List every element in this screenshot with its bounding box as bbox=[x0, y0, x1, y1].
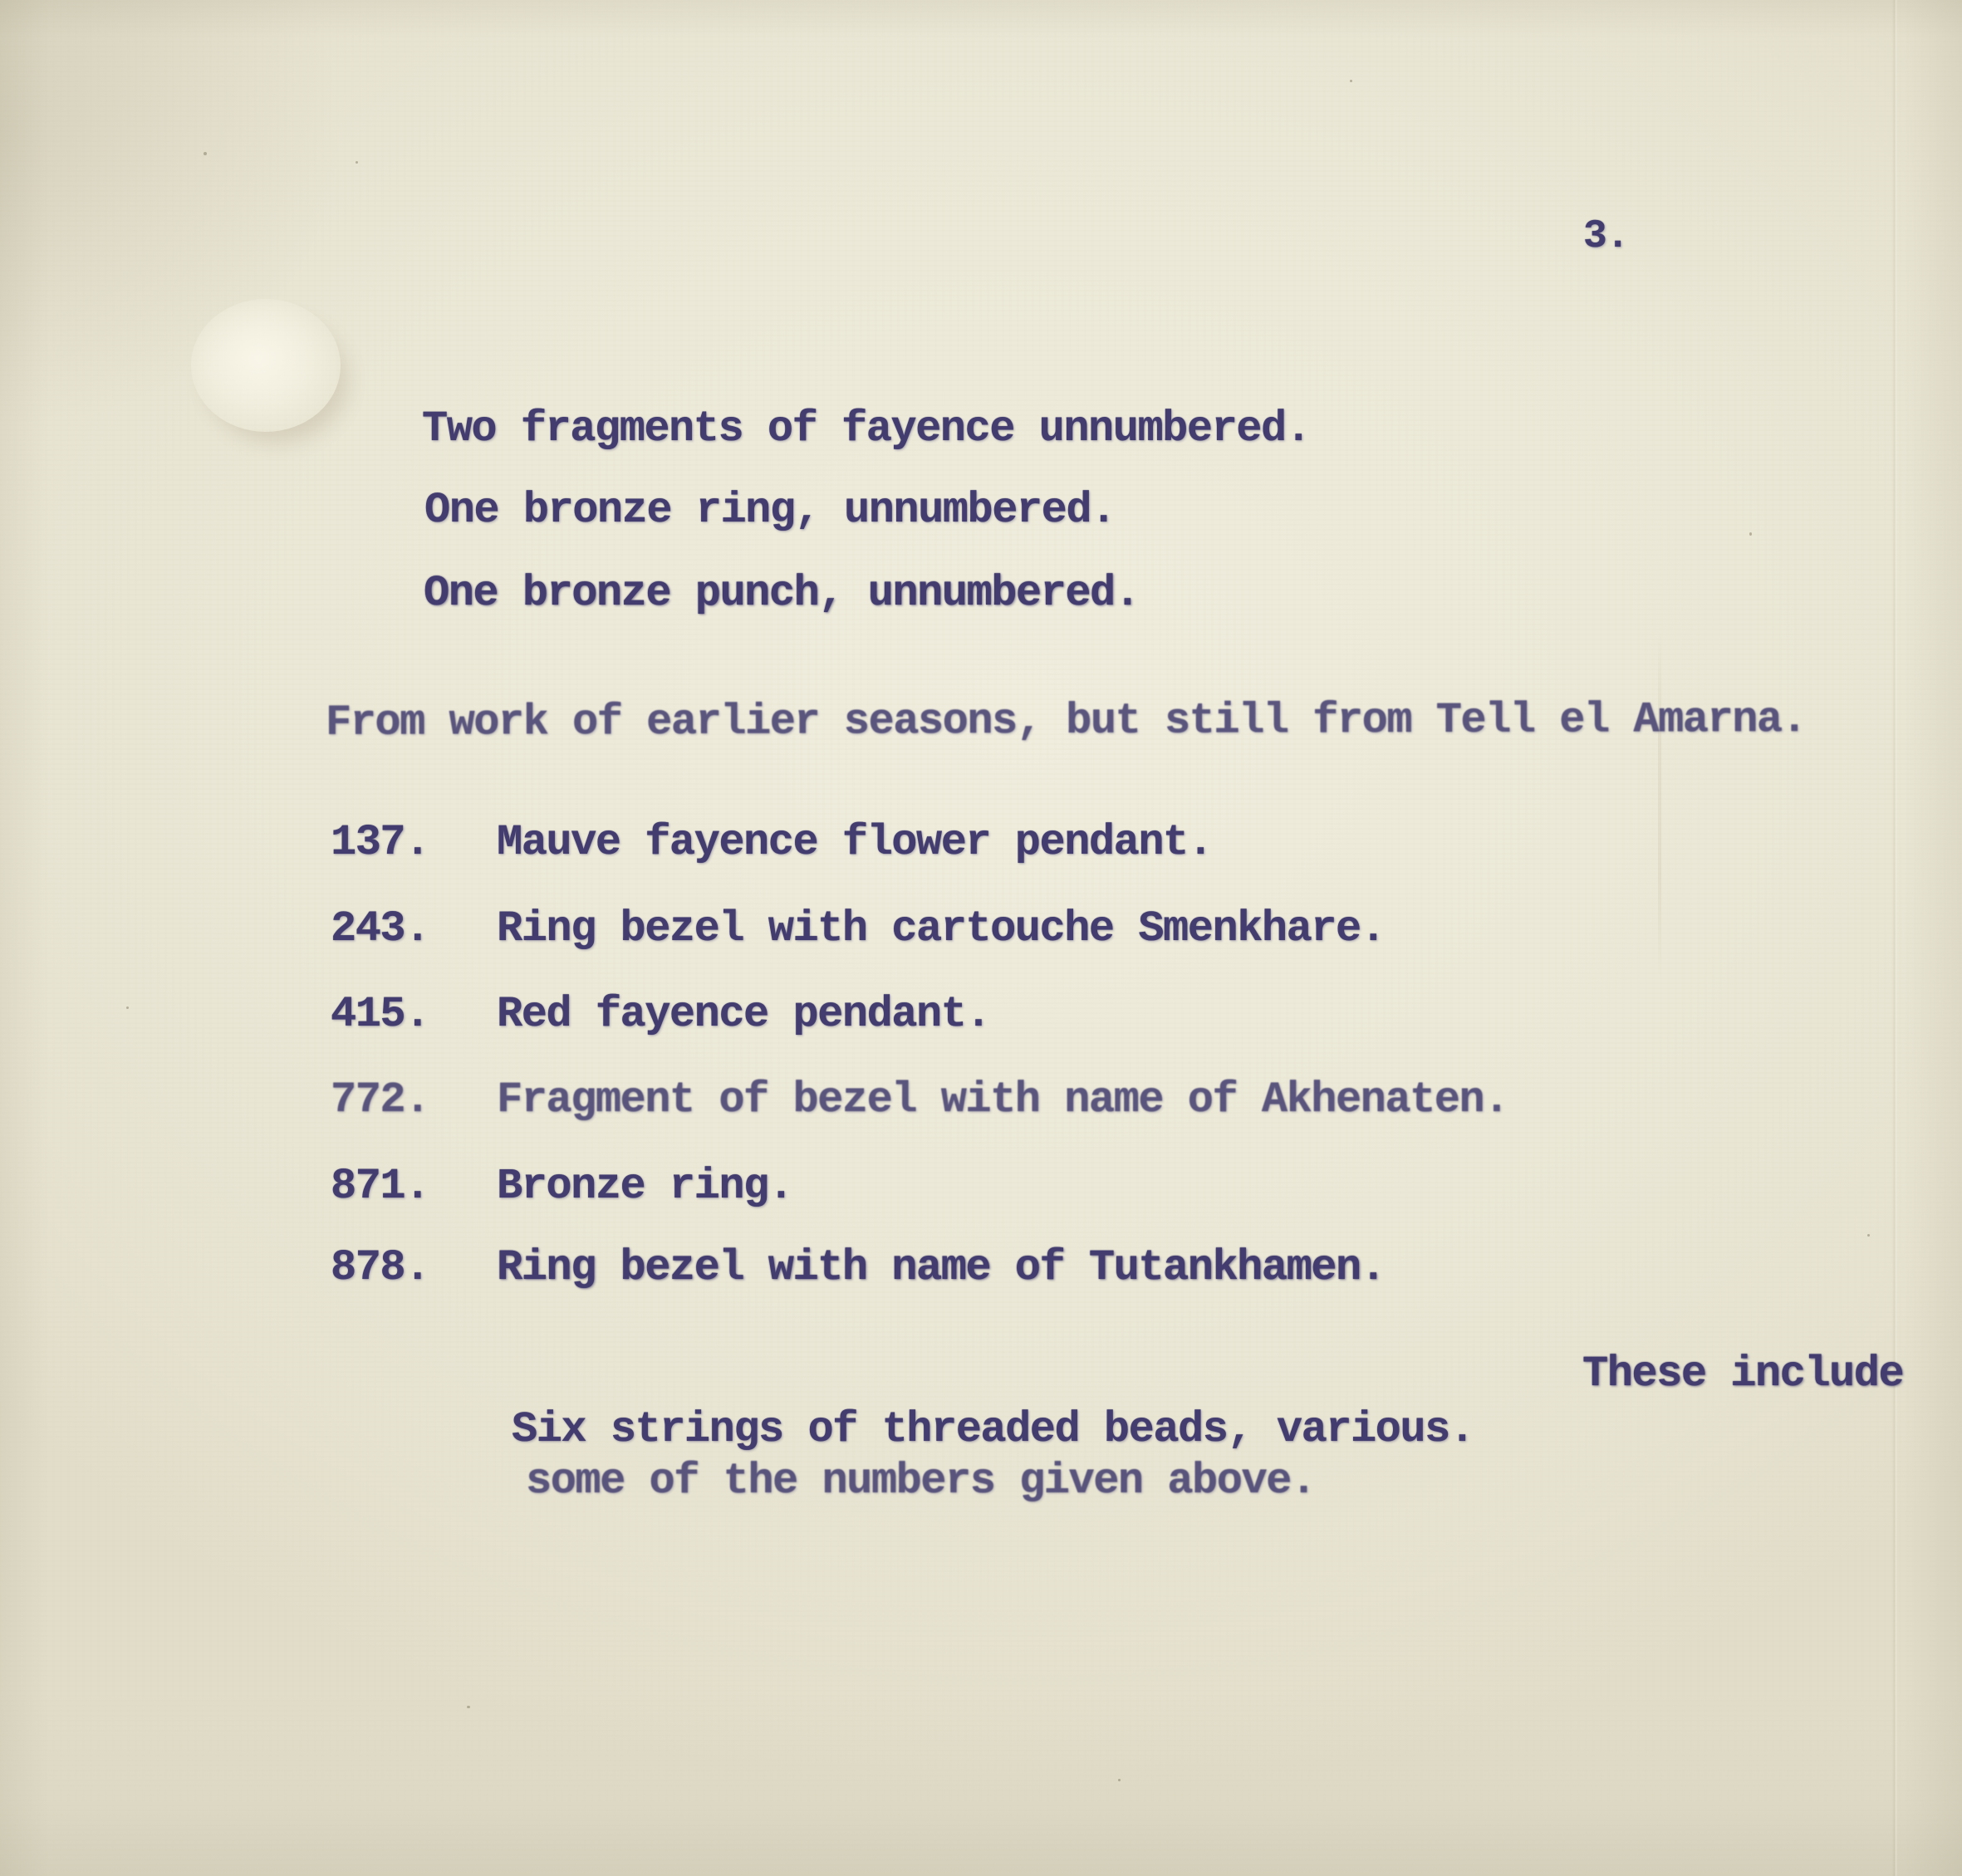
document-page: 3. Two fragments of fayence unnumbered. … bbox=[0, 0, 1962, 1876]
item-number: 415. bbox=[331, 993, 429, 1036]
item-number: 878. bbox=[331, 1247, 429, 1290]
item-description: Ring bezel with cartouche Smenkhare. bbox=[497, 908, 1385, 951]
item-description: Mauve fayence flower pendant. bbox=[497, 821, 1212, 865]
intro-line-1: Two fragments of fayence unnumbered. bbox=[422, 408, 1310, 451]
item-description: Red fayence pendant. bbox=[497, 993, 990, 1036]
item-number: 137. bbox=[331, 821, 429, 865]
item-number: 871. bbox=[331, 1165, 429, 1208]
item-description: Bronze ring. bbox=[497, 1165, 792, 1208]
item-description: Ring bezel with name of Tutankhamen. bbox=[497, 1247, 1385, 1290]
page-number: 3. bbox=[1583, 217, 1629, 257]
paper-fold-highlight bbox=[191, 299, 341, 432]
note-line-2: some of the numbers given above. bbox=[526, 1460, 1316, 1503]
note-lead: These include bbox=[1582, 1353, 1903, 1396]
item-number: 243. bbox=[331, 908, 429, 951]
section-heading: From work of earlier seasons, but still … bbox=[326, 698, 1806, 745]
intro-line-2: One bronze ring, unnumbered. bbox=[424, 489, 1116, 532]
item-description: Fragment of bezel with name of Akhenaten… bbox=[497, 1079, 1508, 1122]
paper-crease-right bbox=[1892, 0, 1897, 1876]
item-number: 772. bbox=[331, 1079, 429, 1122]
note-line-1: Six strings of threaded beads, various. bbox=[512, 1408, 1474, 1452]
paper-crease-middle bbox=[1658, 631, 1661, 980]
intro-line-3: One bronze punch, unnumbered. bbox=[424, 572, 1139, 615]
